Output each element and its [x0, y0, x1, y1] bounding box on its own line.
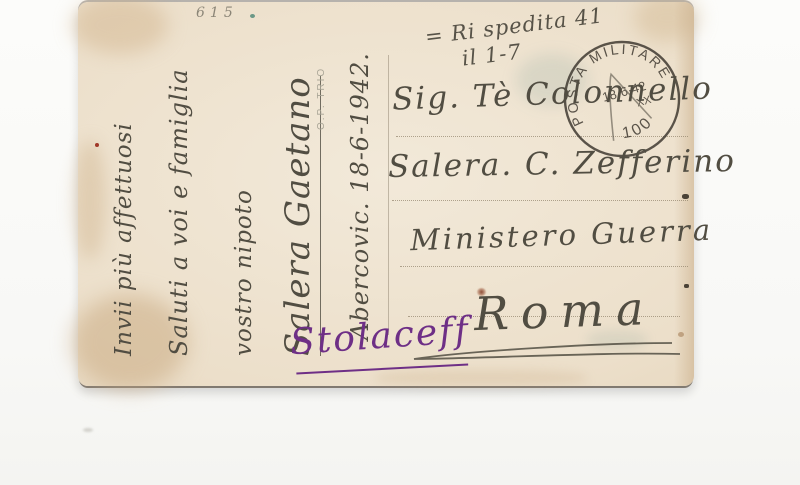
paper-watermark: O.P. TRIO: [316, 44, 327, 130]
message-block: Invii più affettuosi Saluti a voi e fami…: [98, 50, 330, 356]
svg-text:100: 100: [616, 111, 658, 146]
address-dotted-line-3: [400, 266, 688, 267]
background-speck: [83, 428, 93, 432]
address-line-2: Salera. C. Zefferino: [388, 143, 736, 185]
address-city: Roma: [473, 281, 656, 341]
stain-right-edge: [674, 2, 694, 386]
stain-teal-dot: [250, 14, 255, 18]
postmark-number: 100: [616, 111, 658, 146]
address-line-3: Ministero Guerra: [409, 213, 713, 258]
message-line-1: Invii più affettuosi: [98, 50, 150, 356]
message-line-3: vostro nipoto: [222, 50, 266, 356]
stain-bottom-edge: [376, 370, 586, 386]
postcard: 615 Invii più affettuosi Saluti a voi e …: [78, 2, 694, 386]
address-dotted-line-2: [392, 200, 688, 201]
stain-top-left: [72, 0, 168, 54]
sender-signature-text: Salera Gaetano: [278, 76, 321, 356]
message-line-2: Saluti a voi e famiglia: [150, 50, 208, 356]
message-address-divider: [388, 55, 389, 335]
scanner-background: 615 Invii più affettuosi Saluti a voi e …: [0, 0, 800, 485]
message-dateline: Abercovic. 18-6-1942.: [346, 18, 374, 340]
pencil-mark: 615: [196, 5, 238, 21]
